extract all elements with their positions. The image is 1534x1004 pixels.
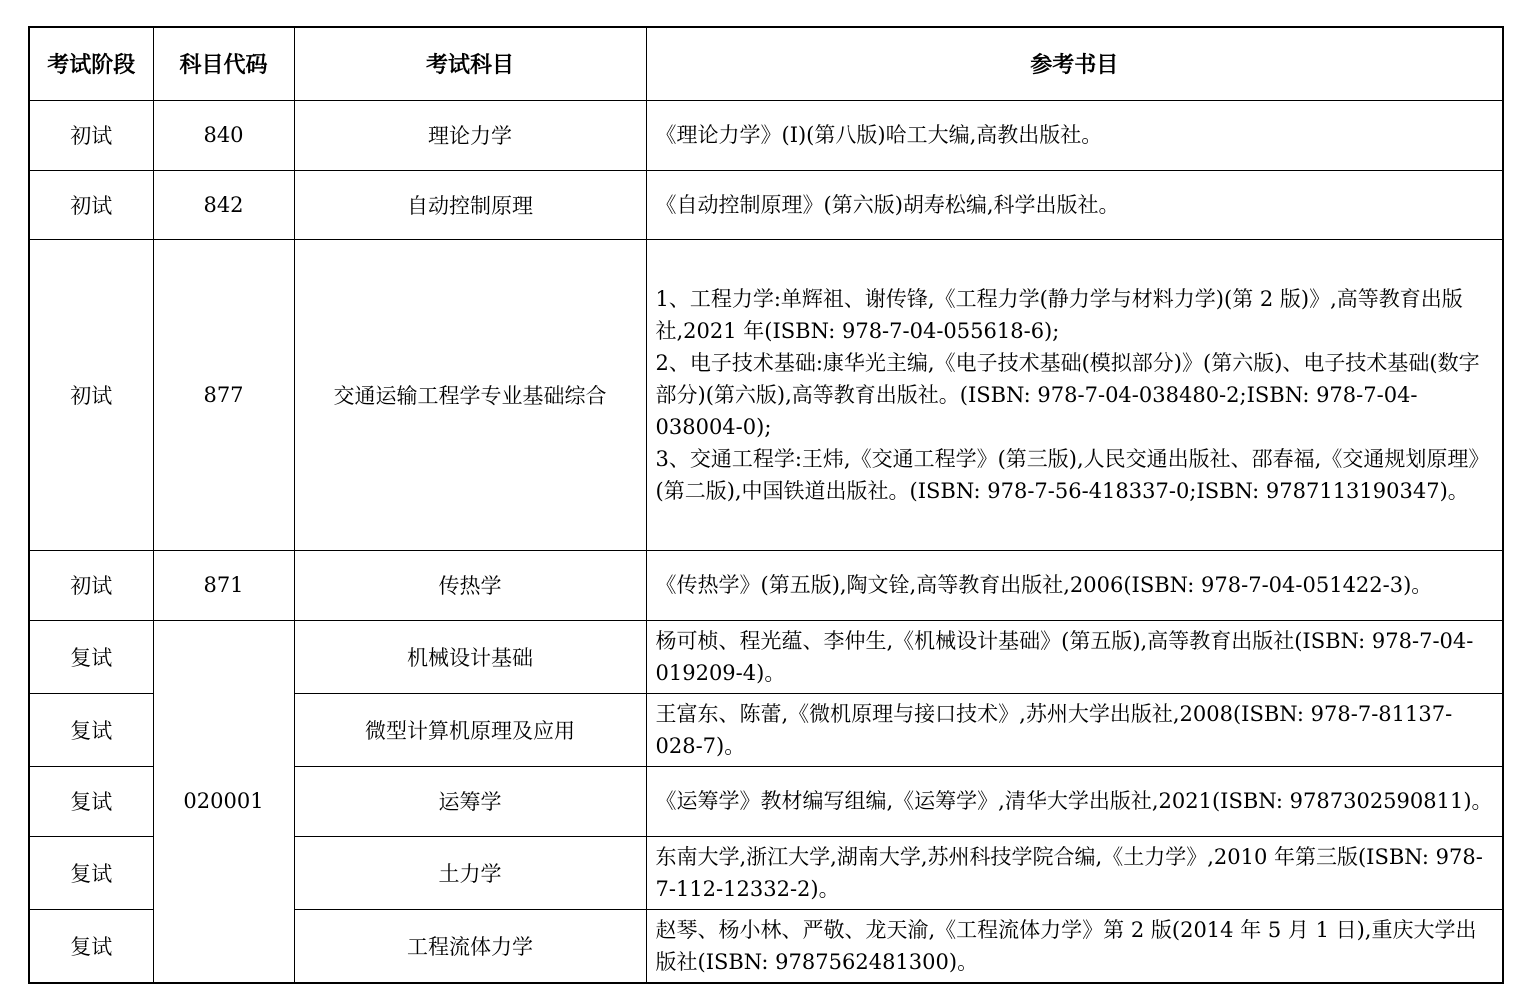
- subject-cell: 土力学: [294, 836, 646, 909]
- reference-cell: 《传热学》(第五版),陶文铨,高等教育出版社,2006(ISBN: 978-7-…: [646, 550, 1503, 620]
- stage-cell: 初试: [29, 239, 153, 550]
- table-row: 初试 877 交通运输工程学专业基础综合 1、工程力学:单辉祖、谢传锋,《工程力…: [29, 239, 1503, 550]
- subject-cell: 机械设计基础: [294, 620, 646, 693]
- subject-cell: 传热学: [294, 550, 646, 620]
- stage-cell: 复试: [29, 836, 153, 909]
- table-header-row: 考试阶段 科目代码 考试科目 参考书目: [29, 27, 1503, 100]
- code-cell: 871: [153, 550, 294, 620]
- header-reference-books: 参考书目: [646, 27, 1503, 100]
- stage-cell: 复试: [29, 766, 153, 836]
- subject-cell: 运筹学: [294, 766, 646, 836]
- header-exam-subject: 考试科目: [294, 27, 646, 100]
- exam-reference-table: 考试阶段 科目代码 考试科目 参考书目 初试 840 理论力学 《理论力学》(I…: [28, 26, 1504, 984]
- reference-cell: 东南大学,浙江大学,湖南大学,苏州科技学院合编,《土力学》,2010 年第三版(…: [646, 836, 1503, 909]
- reference-cell: 赵琴、杨小林、严敬、龙天渝,《工程流体力学》第 2 版(2014 年 5 月 1…: [646, 909, 1503, 983]
- table-row: 复试 020001 机械设计基础 杨可桢、程光蕴、李仲生,《机械设计基础》(第五…: [29, 620, 1503, 693]
- header-exam-stage: 考试阶段: [29, 27, 153, 100]
- subject-cell: 自动控制原理: [294, 170, 646, 239]
- code-cell: 842: [153, 170, 294, 239]
- subject-cell: 理论力学: [294, 100, 646, 170]
- reference-cell: 《理论力学》(I)(第八版)哈工大编,高教出版社。: [646, 100, 1503, 170]
- subject-cell: 工程流体力学: [294, 909, 646, 983]
- reference-cell: 《运筹学》教材编写组编,《运筹学》,清华大学出版社,2021(ISBN: 978…: [646, 766, 1503, 836]
- merged-code-cell: 020001: [153, 620, 294, 983]
- stage-cell: 复试: [29, 693, 153, 766]
- stage-cell: 复试: [29, 909, 153, 983]
- table-row: 初试 842 自动控制原理 《自动控制原理》(第六版)胡寿松编,科学出版社。: [29, 170, 1503, 239]
- subject-cell: 交通运输工程学专业基础综合: [294, 239, 646, 550]
- code-cell: 877: [153, 239, 294, 550]
- table-row: 初试 840 理论力学 《理论力学》(I)(第八版)哈工大编,高教出版社。: [29, 100, 1503, 170]
- header-subject-code: 科目代码: [153, 27, 294, 100]
- stage-cell: 初试: [29, 550, 153, 620]
- stage-cell: 初试: [29, 100, 153, 170]
- reference-cell: 杨可桢、程光蕴、李仲生,《机械设计基础》(第五版),高等教育出版社(ISBN: …: [646, 620, 1503, 693]
- subject-cell: 微型计算机原理及应用: [294, 693, 646, 766]
- stage-cell: 复试: [29, 620, 153, 693]
- reference-cell: 《自动控制原理》(第六版)胡寿松编,科学出版社。: [646, 170, 1503, 239]
- table-row: 初试 871 传热学 《传热学》(第五版),陶文铨,高等教育出版社,2006(I…: [29, 550, 1503, 620]
- reference-cell: 1、工程力学:单辉祖、谢传锋,《工程力学(静力学与材料力学)(第 2 版)》,高…: [646, 239, 1503, 550]
- stage-cell: 初试: [29, 170, 153, 239]
- reference-cell: 王富东、陈蕾,《微机原理与接口技术》,苏州大学出版社,2008(ISBN: 97…: [646, 693, 1503, 766]
- code-cell: 840: [153, 100, 294, 170]
